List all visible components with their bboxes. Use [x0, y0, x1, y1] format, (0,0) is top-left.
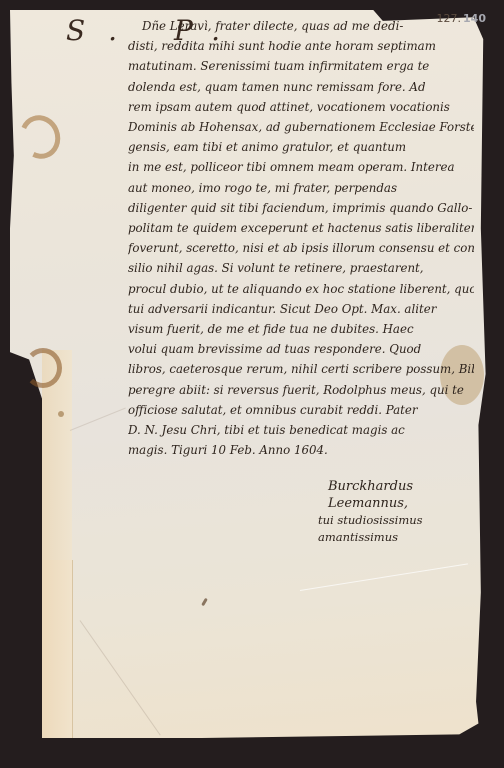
text-line: D. N. Jesu Chri, tibi et tuis benedicat … [128, 420, 474, 440]
text-line: dolenda est, quam tamen nunc remissam fo… [128, 77, 474, 97]
text-line: disti, reddita mihi sunt hodie ante hora… [128, 36, 474, 56]
text-line: Dominis ab Hohensax, ad gubernationem Ec… [128, 117, 474, 137]
text-line: libros, caeterosque rerum, nihil certi s… [128, 359, 474, 379]
text-line: gensis, eam tibi et animo gratulor, et q… [128, 137, 474, 157]
text-line: aut moneo, imo rogo te, mi frater, perpe… [128, 178, 474, 198]
text-line: Dñe Leravì, frater dilecte, quas ad me d… [128, 16, 474, 36]
water-stain [24, 348, 62, 388]
ink-speck [58, 411, 64, 417]
text-line: politam te quidem exceperunt et hactenus… [128, 218, 474, 238]
text-line: volui quam brevissime ad tuas respondere… [128, 339, 474, 359]
text-line: silio nihil agas. Si volunt te retinere,… [128, 258, 474, 278]
text-line: tui adversarii indicantur. Sicut Deo Opt… [128, 299, 474, 319]
signature-closing: tui studiosissimus amantissimus [318, 512, 488, 546]
text-line: diligenter quid sit tibi faciendum, impr… [128, 198, 474, 218]
letter-body: Dñe Leravì, frater dilecte, quas ad me d… [128, 16, 474, 460]
signature-block: Burckhardus Leemannus, tui studiosissimu… [318, 478, 488, 546]
text-line: visum fuerit, de me et fide tua ne dubit… [128, 319, 474, 339]
text-line: peregre abiit: si reversus fuerit, Rodol… [128, 380, 474, 400]
text-line: in me est, polliceor tibi omnem meam ope… [128, 157, 474, 177]
text-line: magis. Tiguri 10 Feb. Anno 1604. [128, 440, 474, 460]
signature-name: Burckhardus Leemannus, [318, 478, 488, 512]
text-line: foverunt, sceretto, nisi et ab ipsis ill… [128, 238, 474, 258]
text-line: officiose salutat, et omnibus curabit re… [128, 400, 474, 420]
text-line: rem ipsam autem quod attinet, vocationem… [128, 97, 474, 117]
paper-margin-strip-lower [42, 560, 73, 738]
text-line: procul dubio, ut te aliquando ex hoc sta… [128, 279, 474, 299]
text-line: matutinam. Serenissimi tuam infirmitatem… [128, 56, 474, 76]
